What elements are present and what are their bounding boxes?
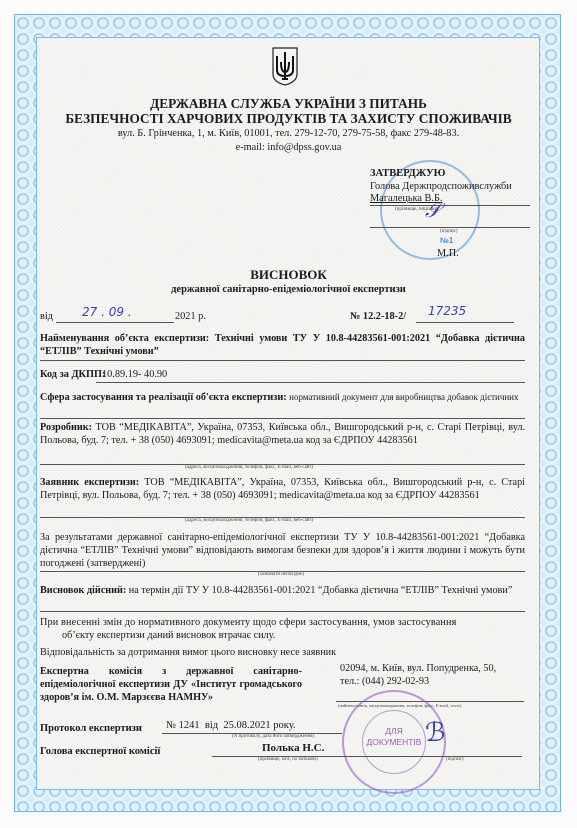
approval-signature: 𝒮 <box>425 198 440 222</box>
commission-text: Експертна комісія з державної санітарно-… <box>40 665 302 704</box>
date-label: від <box>40 311 53 322</box>
org-name-line2: БЕЗПЕЧНОСТІ ХАРЧОВИХ ПРОДУКТІВ ТА ЗАХИСТ… <box>40 111 537 127</box>
org-email: e-mail: info@dpss.gov.ua <box>40 142 537 153</box>
document-subtitle: державної санітарно-епідеміологічної екс… <box>40 284 537 295</box>
approval-name-line <box>370 205 530 206</box>
number-prefix: № 12.2-18-2/ <box>350 311 406 322</box>
commission-address-1: 02094, м. Київ, вул. Попудренка, 50, <box>340 663 496 674</box>
protocol-label: Протокол експертизи <box>40 723 142 734</box>
changes-note-2: об’єкту експертизи даний висновок втрача… <box>62 630 275 641</box>
document-title: ВИСНОВОК <box>40 267 537 283</box>
results-caption: (зазначати необхідне) <box>258 572 304 577</box>
org-name-line1: ДЕРЖАВНА СЛУЖБА УКРАЇНИ З ПИТАНЬ <box>40 96 537 112</box>
protocol-value: № 1241 від 25.08.2021 року. <box>166 720 296 731</box>
head-signature: ℬ <box>425 718 445 748</box>
object-line <box>40 360 525 361</box>
protocol-caption: (N протоколу, дата його затвердження) <box>232 734 314 739</box>
developer-value: ТОВ “МЕДІКАВІТА”, Україна, 07353, Київсь… <box>40 422 525 446</box>
valid-label: Висновок дійсний: <box>40 585 126 596</box>
scope-value: нормативний документ для виробництва доб… <box>289 392 518 402</box>
responsibility-note: Відповідальність за дотримання вимог цьо… <box>40 647 336 658</box>
valid-value: на термін дії ТУ У 10.8-44283561-001:202… <box>129 585 513 596</box>
object-field: Найменування об’єкта експертизи: Технічн… <box>40 332 525 358</box>
valid-line <box>40 611 525 612</box>
scope-label: Сфера застосування та реалізації об'єкта… <box>40 392 287 403</box>
approval-title: ЗАТВЕРДЖУЮ <box>370 168 446 179</box>
head-name-caption: (прізвище, ім'я, по батькові) <box>258 757 318 762</box>
head-signature-caption: (підпис) <box>446 757 464 762</box>
dkpp-label: Код за ДКПП: <box>40 369 105 380</box>
applicant-label: Заявник експертизи: <box>40 477 139 488</box>
date-handwritten: 27 . 09 . <box>82 305 132 319</box>
changes-note-1: При внесенні змін до нормативного докуме… <box>40 617 525 628</box>
scope-line <box>40 418 525 419</box>
object-label: Найменування об’єкта експертизи: <box>40 333 209 344</box>
head-name: Полька Н.С. <box>262 742 324 754</box>
results-text: За результатами державної санітарно-епід… <box>40 531 525 570</box>
approval-signature-caption: (підпис) <box>440 229 458 234</box>
dkpp-line <box>96 382 525 383</box>
commission-address-2: тел.: (044) 292-02-93 <box>340 676 429 687</box>
date-line <box>56 322 174 323</box>
applicant-field: Заявник експертизи: ТОВ “МЕДІКАВІТА”, Ук… <box>40 476 525 502</box>
developer-caption: (адреса, місцезнаходження, телефон, факс… <box>185 465 313 470</box>
trident-coat-of-arms-icon <box>271 46 299 86</box>
purple-stamp-text: ДЛЯ ДОКУМЕНТІВ <box>362 726 426 748</box>
applicant-caption: (адреса, місцезнаходження, телефон, факс… <box>185 518 313 523</box>
number-line <box>416 322 514 323</box>
dkpp-value: 10.89.19- 40.90 <box>102 369 167 380</box>
developer-label: Розробник: <box>40 422 92 433</box>
seal-label: М.П. <box>437 248 459 259</box>
number-handwritten: 17235 <box>428 304 466 318</box>
approval-position: Голова Держпродспоживслужби <box>370 181 512 192</box>
scope-field: Сфера застосування та реалізації об'єкта… <box>40 391 525 404</box>
approval-stamp-number: №1 <box>440 236 453 245</box>
developer-field: Розробник: ТОВ “МЕДІКАВІТА”, Україна, 07… <box>40 421 525 447</box>
org-address: вул. Б. Грінченка, 1, м. Київ, 01001, те… <box>40 128 537 139</box>
head-label: Голова експертної комісії <box>40 746 160 757</box>
date-year: 2021 р. <box>175 311 206 322</box>
approval-signature-line <box>370 227 530 228</box>
valid-field: Висновок дійсний: на термін дії ТУ У 10.… <box>40 584 525 597</box>
